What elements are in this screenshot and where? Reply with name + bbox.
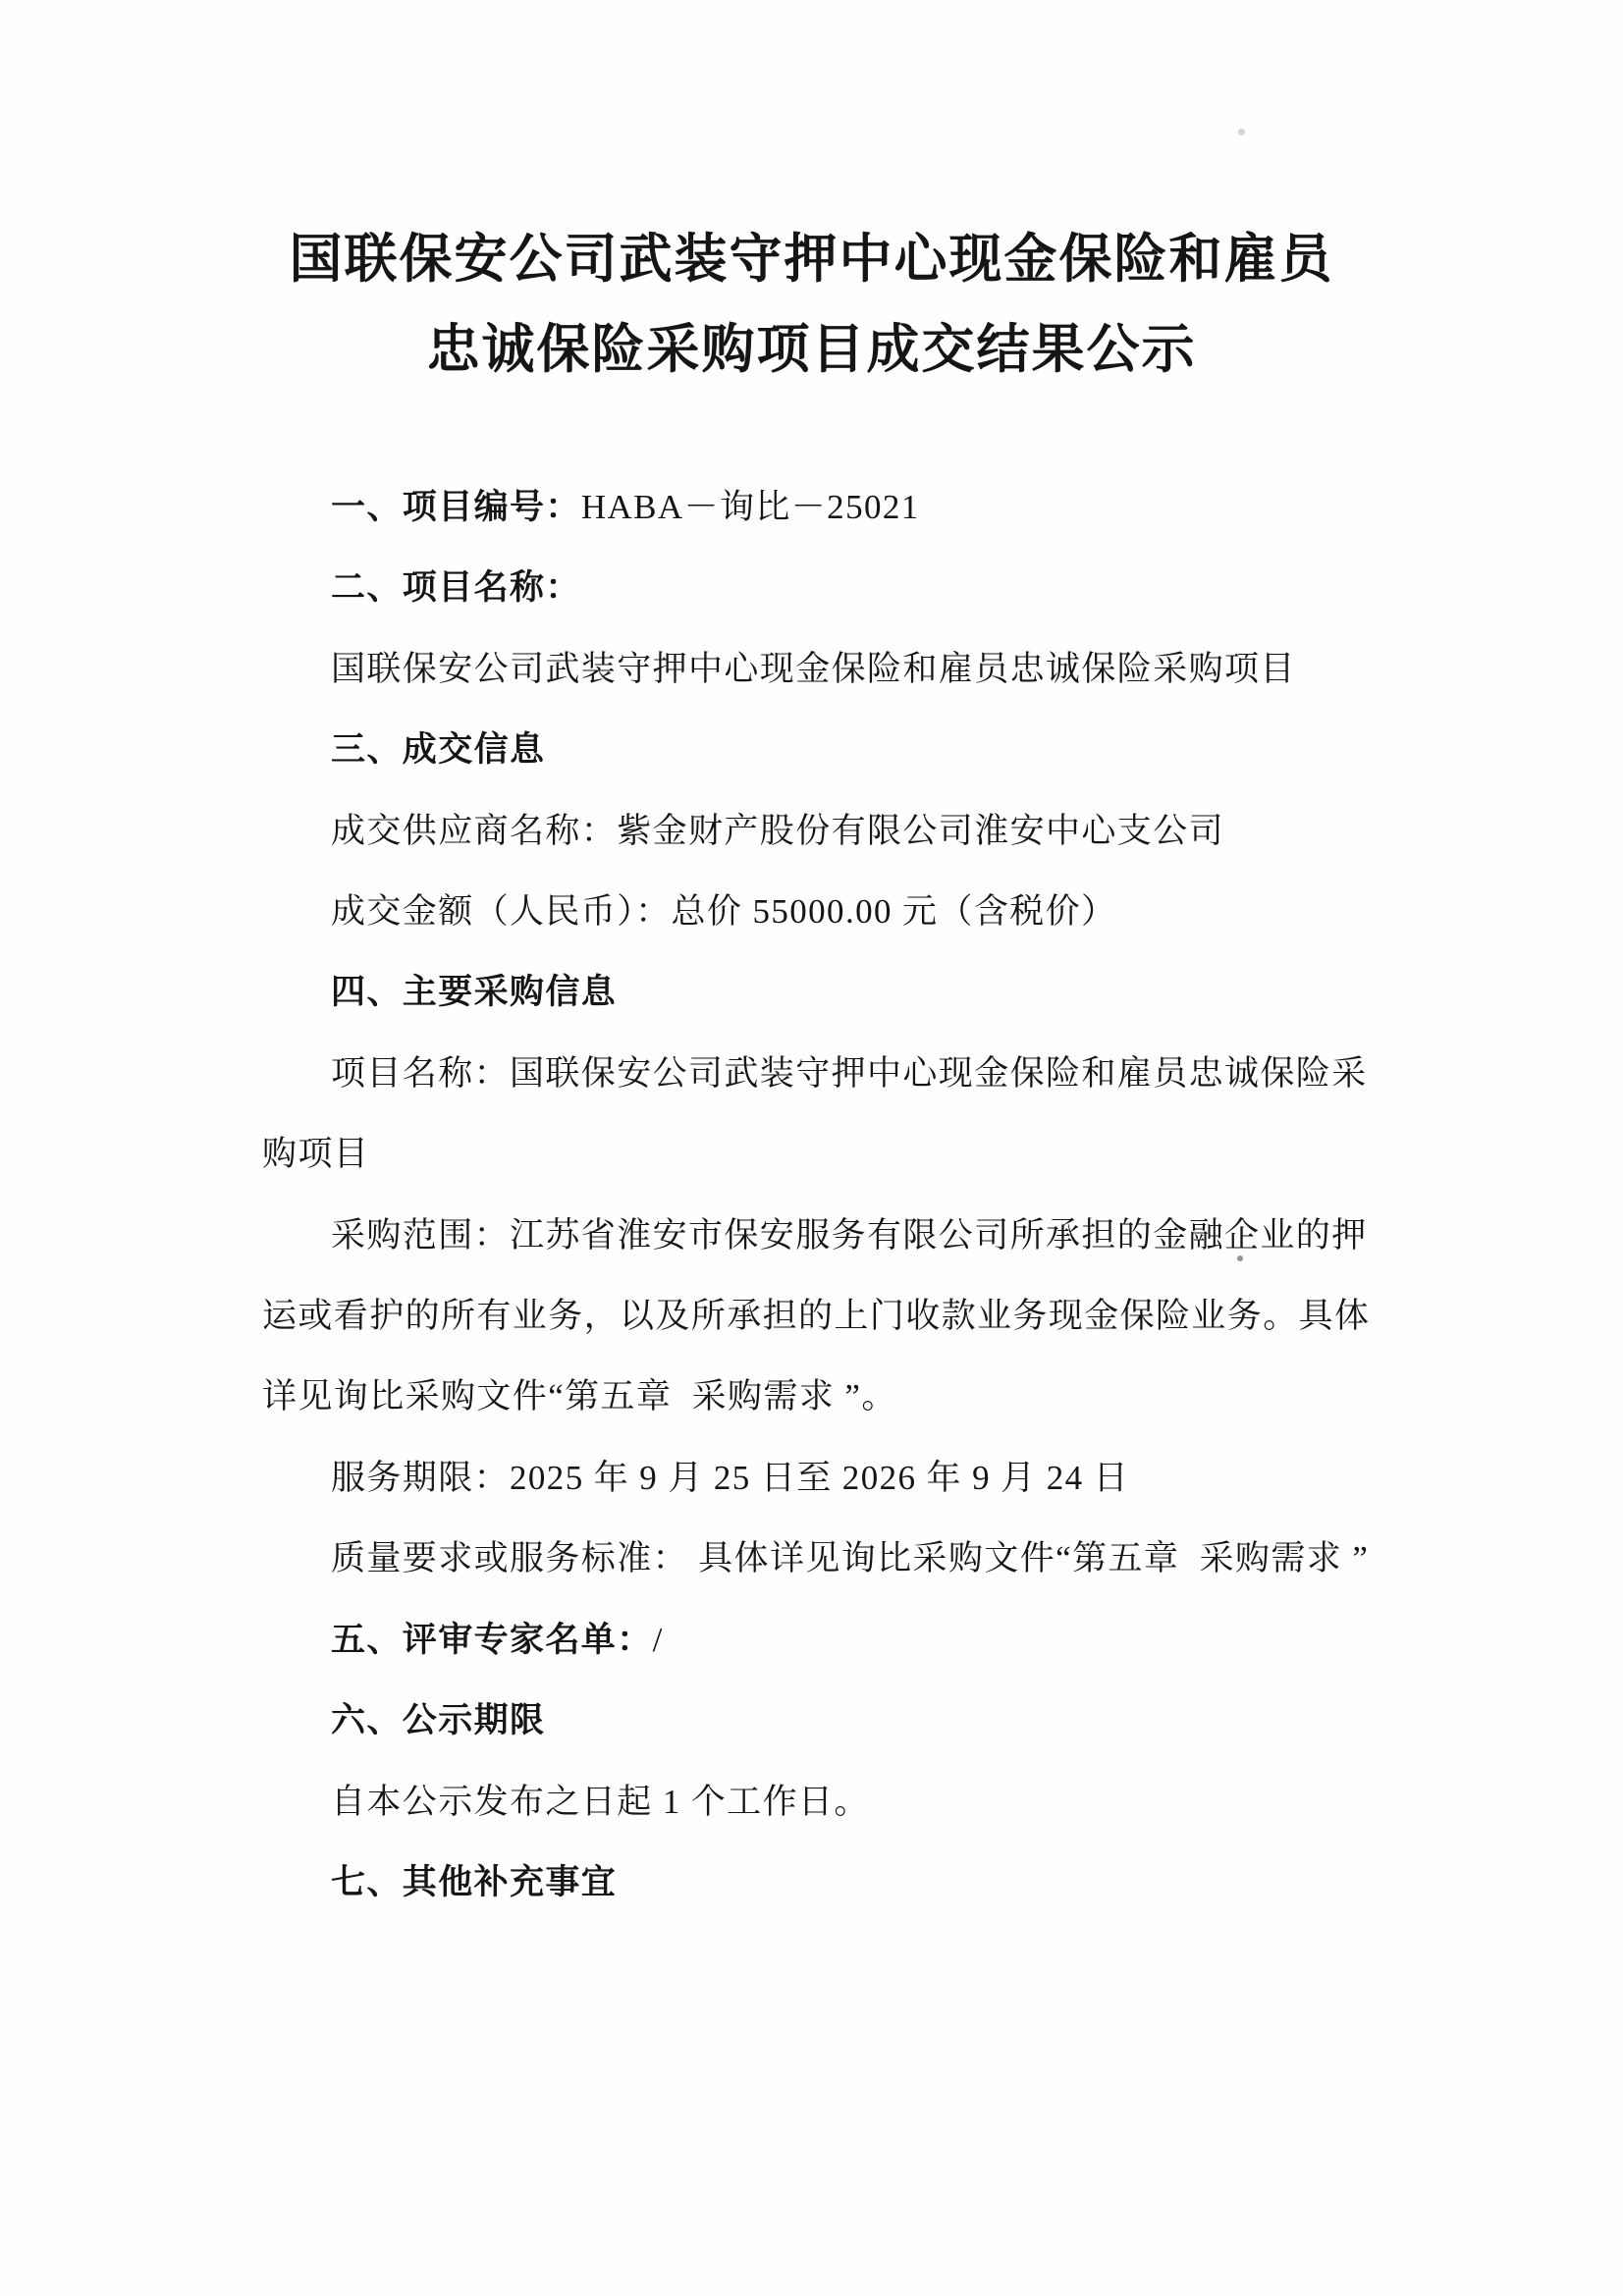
title-line-2: 忠诚保险采购项目成交结果公示 xyxy=(0,304,1623,395)
line-procurement-info-heading: 四、主要采购信息 xyxy=(262,952,1381,1033)
line-procurement-scope-3: 详见询比采购文件“第五章 采购需求 ”。 xyxy=(262,1357,1381,1437)
line-text: 运或看护的所有业务，以及所承担的上门收款业务现金保险业务。具体 xyxy=(262,1297,1370,1335)
line-text: 服务期限：2025 年 9 月 25 日至 2026 年 9 月 24 日 xyxy=(331,1459,1129,1497)
line-procurement-scope-2: 运或看护的所有业务，以及所承担的上门收款业务现金保险业务。具体 xyxy=(262,1276,1381,1357)
line-publicity-period-heading: 六、公示期限 xyxy=(262,1681,1381,1761)
line-procurement-project-name-2: 购项目 xyxy=(262,1114,1381,1195)
section-label: 七、其他补充事宜 xyxy=(331,1863,617,1901)
section-label: 一、项目编号： xyxy=(331,488,581,526)
line-other-matters-heading: 七、其他补充事宜 xyxy=(262,1842,1381,1923)
section-label: 四、主要采购信息 xyxy=(331,973,617,1011)
line-text: 项目名称：国联保安公司武装守押中心现金保险和雇员忠诚保险采 xyxy=(331,1054,1368,1093)
line-deal-info-heading: 三、成交信息 xyxy=(262,710,1381,790)
line-text: 购项目 xyxy=(262,1135,369,1173)
title-line-1: 国联保安公司武装守押中心现金保险和雇员 xyxy=(0,214,1623,304)
line-quality-requirement: 质量要求或服务标准： 具体详见询比采购文件“第五章 采购需求 ” xyxy=(262,1519,1381,1599)
line-text: 质量要求或服务标准： 具体详见询比采购文件“第五章 采购需求 ” xyxy=(331,1539,1369,1577)
line-text: 采购范围：江苏省淮安市保安服务有限公司所承担的金融企业的押 xyxy=(331,1216,1368,1255)
scan-artifact-dot xyxy=(1238,129,1245,135)
line-text: 详见询比采购文件“第五章 采购需求 ”。 xyxy=(262,1377,897,1415)
line-procurement-project-name-1: 项目名称：国联保安公司武装守押中心现金保险和雇员忠诚保险采 xyxy=(262,1034,1381,1114)
line-publicity-period-value: 自本公示发布之日起 1 个工作日。 xyxy=(262,1762,1381,1842)
line-text: 成交供应商名称：紫金财产股份有限公司淮安中心支公司 xyxy=(331,812,1224,850)
line-project-name-value: 国联保安公司武装守押中心现金保险和雇员忠诚保险采购项目 xyxy=(262,629,1381,710)
section-label: 五、评审专家名单： xyxy=(331,1621,653,1659)
line-text: / xyxy=(653,1621,664,1659)
line-project-number: 一、项目编号：HABA－询比－25021 xyxy=(262,467,1381,548)
line-text: 国联保安公司武装守押中心现金保险和雇员忠诚保险采购项目 xyxy=(331,650,1296,688)
section-label: 三、成交信息 xyxy=(331,730,545,769)
line-text: 自本公示发布之日起 1 个工作日。 xyxy=(331,1783,870,1821)
line-text: 成交金额（人民币）：总价 55000.00 元（含税价） xyxy=(331,892,1116,931)
document-page: 国联保安公司武装守押中心现金保险和雇员 忠诚保险采购项目成交结果公示 一、项目编… xyxy=(0,0,1623,2296)
document-title: 国联保安公司武装守押中心现金保险和雇员 忠诚保险采购项目成交结果公示 xyxy=(0,214,1623,395)
line-expert-list-heading: 五、评审专家名单：/ xyxy=(262,1600,1381,1681)
line-project-name-heading: 二、项目名称： xyxy=(262,548,1381,628)
section-label: 二、项目名称： xyxy=(331,568,581,607)
section-label: 六、公示期限 xyxy=(331,1701,545,1739)
document-body: 一、项目编号：HABA－询比－25021 二、项目名称： 国联保安公司武装守押中… xyxy=(262,467,1381,1923)
line-service-period: 服务期限：2025 年 9 月 25 日至 2026 年 9 月 24 日 xyxy=(262,1438,1381,1519)
line-deal-amount: 成交金额（人民币）：总价 55000.00 元（含税价） xyxy=(262,872,1381,952)
line-supplier-name: 成交供应商名称：紫金财产股份有限公司淮安中心支公司 xyxy=(262,791,1381,872)
line-procurement-scope-1: 采购范围：江苏省淮安市保安服务有限公司所承担的金融企业的押 xyxy=(262,1196,1381,1276)
line-text: HABA－询比－25021 xyxy=(581,488,920,526)
